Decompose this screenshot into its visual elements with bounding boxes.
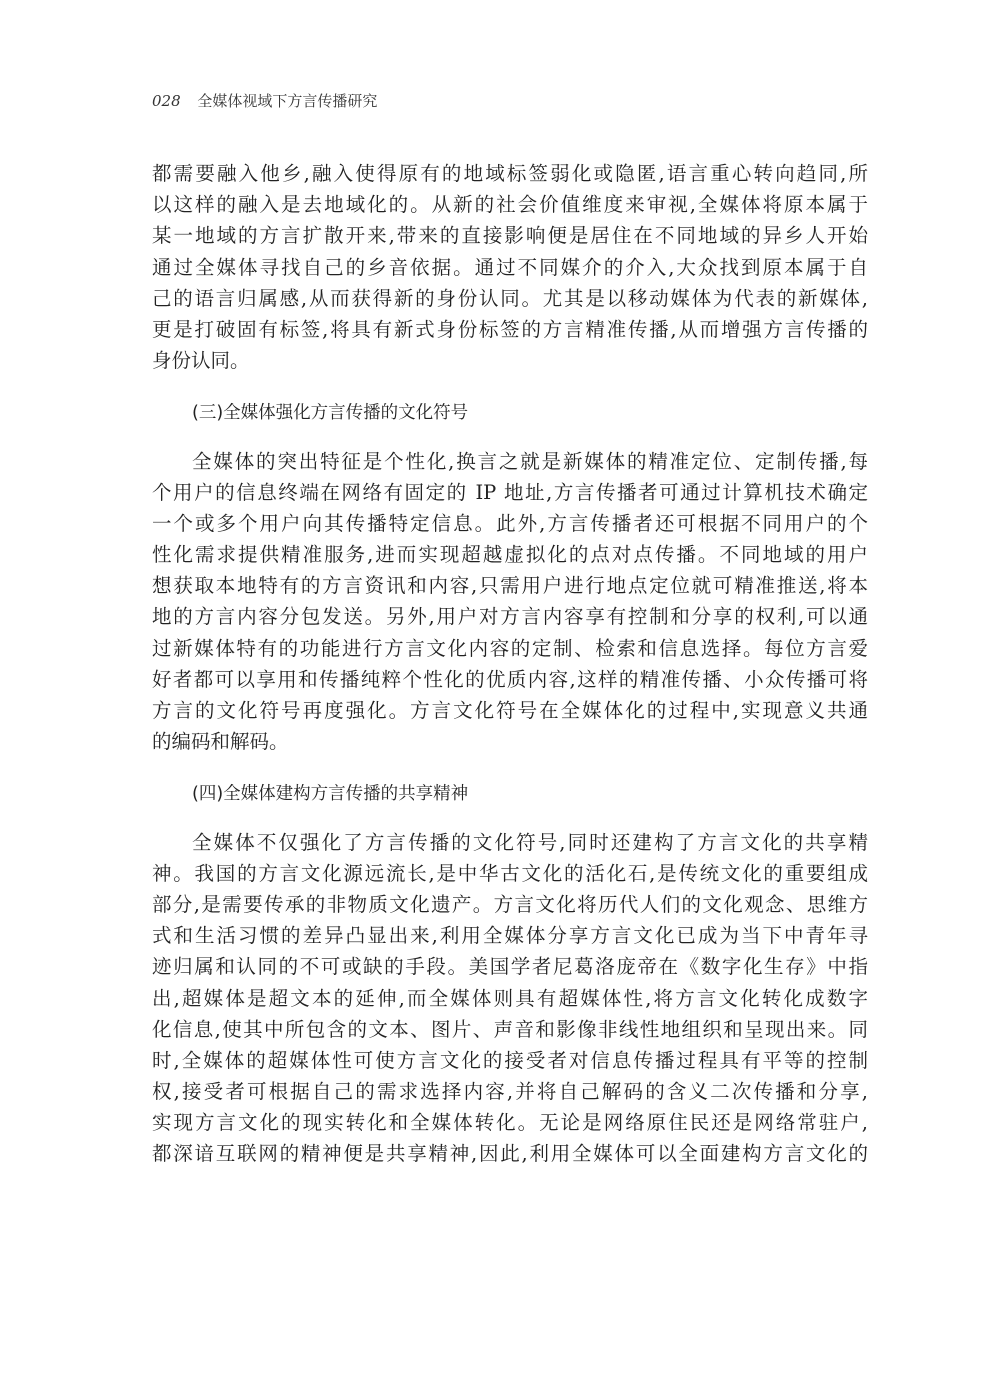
text-line: 权,接受者可根据自己的需求选择内容,并将自己解码的含义二次传播和分享, <box>152 1076 868 1107</box>
text-line: 想获取本地特有的方言资讯和内容,只需用户进行地点定位就可精准推送,将本 <box>152 570 868 601</box>
text-line: 通过全媒体寻找自己的乡音依据。通过不同媒介的介入,大众找到原本属于自 <box>152 252 868 283</box>
running-head: 028 全媒体视域下方言传播研究 <box>152 90 377 111</box>
text-line: 性化需求提供精准服务,进而实现超越虚拟化的点对点传播。不同地域的用户 <box>152 539 868 570</box>
book-title: 全媒体视域下方言传播研究 <box>197 92 377 110</box>
text-line: 己的语言归属感,从而获得新的身份认同。尤其是以移动媒体为代表的新媒体, <box>152 283 868 314</box>
text-line: 过新媒体特有的功能进行方言文化内容的定制、检索和信息选择。每位方言爱 <box>152 633 868 664</box>
text-line: 某一地域的方言扩散开来,带来的直接影响便是居住在不同地域的异乡人开始 <box>152 220 868 251</box>
text-line: 好者都可以享用和传播纯粹个性化的优质内容,这样的精准传播、小众传播可将 <box>152 664 868 695</box>
text-line: 化信息,使其中所包含的文本、图片、声音和影像非线性地组织和呈现出来。同 <box>152 1014 868 1045</box>
paragraph: 都需要融入他乡,融入使得原有的地域标签弱化或隐匿,语言重心转向趋同,所 以这样的… <box>152 158 868 376</box>
text-line: 神。我国的方言文化源远流长,是中华古文化的活化石,是传统文化的重要组成 <box>152 858 868 889</box>
text-line: 都深谙互联网的精神便是共享精神,因此,利用全媒体可以全面建构方言文化的 <box>152 1138 868 1169</box>
text-line: 都需要融入他乡,融入使得原有的地域标签弱化或隐匿,语言重心转向趋同,所 <box>152 158 868 189</box>
text-line: 个用户的信息终端在网络有固定的 IP 地址,方言传播者可通过计算机技术确定 <box>152 477 868 508</box>
paragraph: 全媒体不仅强化了方言传播的文化符号,同时还建构了方言文化的共享精 神。我国的方言… <box>152 827 868 1170</box>
text-line: 部分,是需要传承的非物质文化遗产。方言文化将历代人们的文化观念、思维方 <box>152 889 868 920</box>
text-line: 全媒体的突出特征是个性化,换言之就是新媒体的精准定位、定制传播,每 <box>152 446 868 477</box>
text-line: 一个或多个用户向其传播特定信息。此外,方言传播者还可根据不同用户的个 <box>152 508 868 539</box>
text-line: 全媒体不仅强化了方言传播的文化符号,同时还建构了方言文化的共享精 <box>152 827 868 858</box>
text-line: 迹归属和认同的不可或缺的手段。美国学者尼葛洛庞帝在《数字化生存》中指 <box>152 951 868 982</box>
text-line: 时,全媒体的超媒体性可使方言文化的接受者对信息传播过程具有平等的控制 <box>152 1045 868 1076</box>
text-line: 更是打破固有标签,将具有新式身份标签的方言精准传播,从而增强方言传播的 <box>152 314 868 345</box>
page-number: 028 <box>152 92 181 110</box>
text-line: 地的方言内容分包发送。另外,用户对方言内容享有控制和分享的权利,可以通 <box>152 601 868 632</box>
text-line: 式和生活习惯的差异凸显出来,利用全媒体分享方言文化已成为当下中青年寻 <box>152 920 868 951</box>
text-line: 实现方言文化的现实转化和全媒体转化。无论是网络原住民还是网络常驻户, <box>152 1107 868 1138</box>
section-heading: (三)全媒体强化方言传播的文化符号 <box>152 398 868 429</box>
paragraph: 全媒体的突出特征是个性化,换言之就是新媒体的精准定位、定制传播,每 个用户的信息… <box>152 446 868 758</box>
text-line: 以这样的融入是去地域化的。从新的社会价值维度来审视,全媒体将原本属于 <box>152 189 868 220</box>
section-heading: (四)全媒体建构方言传播的共享精神 <box>152 779 868 810</box>
page-body: 都需要融入他乡,融入使得原有的地域标签弱化或隐匿,语言重心转向趋同,所 以这样的… <box>152 158 868 1170</box>
text-line: 出,超媒体是超文本的延伸,而全媒体则具有超媒体性,将方言文化转化成数字 <box>152 983 868 1014</box>
text-line: 的编码和解码。 <box>152 726 868 757</box>
text-line: 方言的文化符号再度强化。方言文化符号在全媒体化的过程中,实现意义共通 <box>152 695 868 726</box>
text-line: 身份认同。 <box>152 345 868 376</box>
